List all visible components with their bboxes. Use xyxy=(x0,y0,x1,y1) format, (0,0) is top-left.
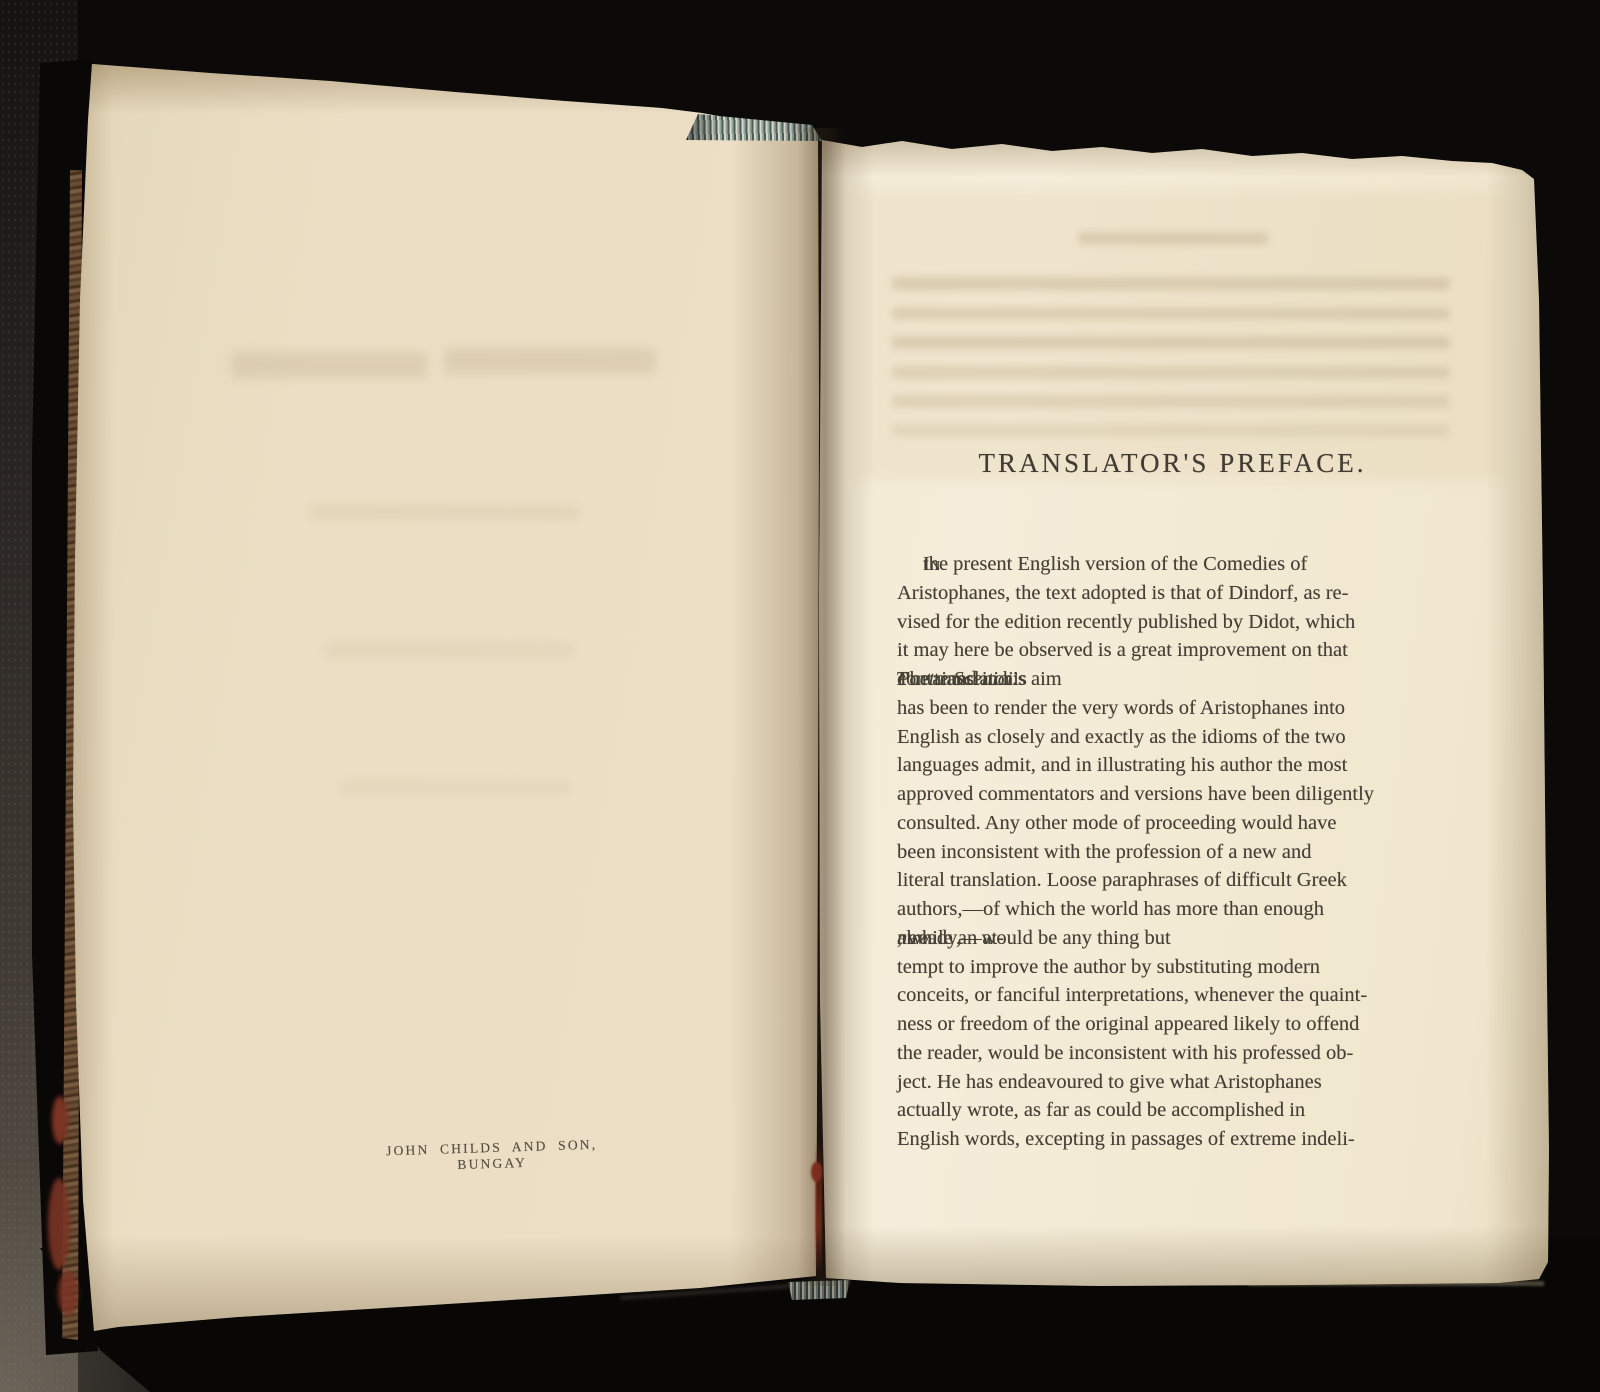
body-line: consulted. Any other mode of proceeding … xyxy=(897,809,1444,838)
page-edge-shading xyxy=(1486,158,1550,1288)
page-edge-shading xyxy=(818,133,1550,177)
worn-spot xyxy=(52,1096,68,1144)
showthrough-line xyxy=(892,395,1450,408)
showthrough-line xyxy=(340,780,570,795)
body-line: the reader, would be inconsistent with h… xyxy=(897,1039,1444,1068)
body-line: actually wrote, as far as could be accom… xyxy=(897,1096,1444,1125)
body-line: already,—would be any thing but new, whi… xyxy=(897,924,1444,953)
body-line: English as closely and exactly as the id… xyxy=(897,723,1444,752)
showthrough-line xyxy=(892,336,1450,349)
body-line: tempt to improve the author by substitut… xyxy=(897,953,1444,982)
page-edge-shading xyxy=(818,1226,1550,1288)
body-line: languages admit, and in illustrating his… xyxy=(897,751,1444,780)
worn-spot xyxy=(48,1178,70,1270)
page-edge-shading xyxy=(80,58,825,114)
printer-imprint: JOHN CHILDS AND SON, BUNGAY xyxy=(352,1136,633,1177)
gutter-shadow xyxy=(798,128,846,1286)
body-line: literal translation. Loose paraphrases o… xyxy=(897,866,1444,895)
body-line: vised for the edition recently published… xyxy=(897,608,1444,637)
body-line: approved commentators and versions have … xyxy=(897,780,1444,809)
body-line: ness or freedom of the original appeared… xyxy=(897,1010,1444,1039)
worn-spot xyxy=(58,1270,78,1316)
showthrough-line xyxy=(892,277,1450,290)
preface-heading: TRANSLATOR'S PREFACE. xyxy=(900,448,1445,479)
page-edge-highlight xyxy=(1248,1281,1544,1286)
body-line: In the present English version of the Co… xyxy=(897,550,1444,579)
showthrough-line xyxy=(325,642,575,658)
body-line: ject. He has endeavoured to give what Ar… xyxy=(897,1068,1444,1097)
showthrough-line xyxy=(892,307,1450,320)
red-gutter-mark xyxy=(811,1162,822,1182)
showthrough-line xyxy=(892,366,1450,379)
body-line: English words, excepting in passages of … xyxy=(897,1125,1444,1154)
body-line: has been to render the very words of Ari… xyxy=(897,694,1444,723)
showthrough-line xyxy=(444,348,656,374)
showthrough-line xyxy=(232,352,427,378)
showthrough-line xyxy=(892,424,1450,437)
body-line: it may here be observed is a great impro… xyxy=(897,636,1444,665)
body-line: authors,—of which the world has more tha… xyxy=(897,895,1444,924)
body-line: Aristophanes, the text adopted is that o… xyxy=(897,579,1444,608)
book-photograph: JOHN CHILDS AND SON, BUNGAY TRANSLATOR'S… xyxy=(0,0,1600,1392)
showthrough-line xyxy=(1078,232,1268,245)
body-line: been inconsistent with the profession of… xyxy=(897,838,1444,867)
showthrough-line xyxy=(310,505,580,520)
body-line: contained in his Poetæ Scenici. The tran… xyxy=(897,665,1444,694)
body-line: conceits, or fanciful interpretations, w… xyxy=(897,981,1444,1010)
